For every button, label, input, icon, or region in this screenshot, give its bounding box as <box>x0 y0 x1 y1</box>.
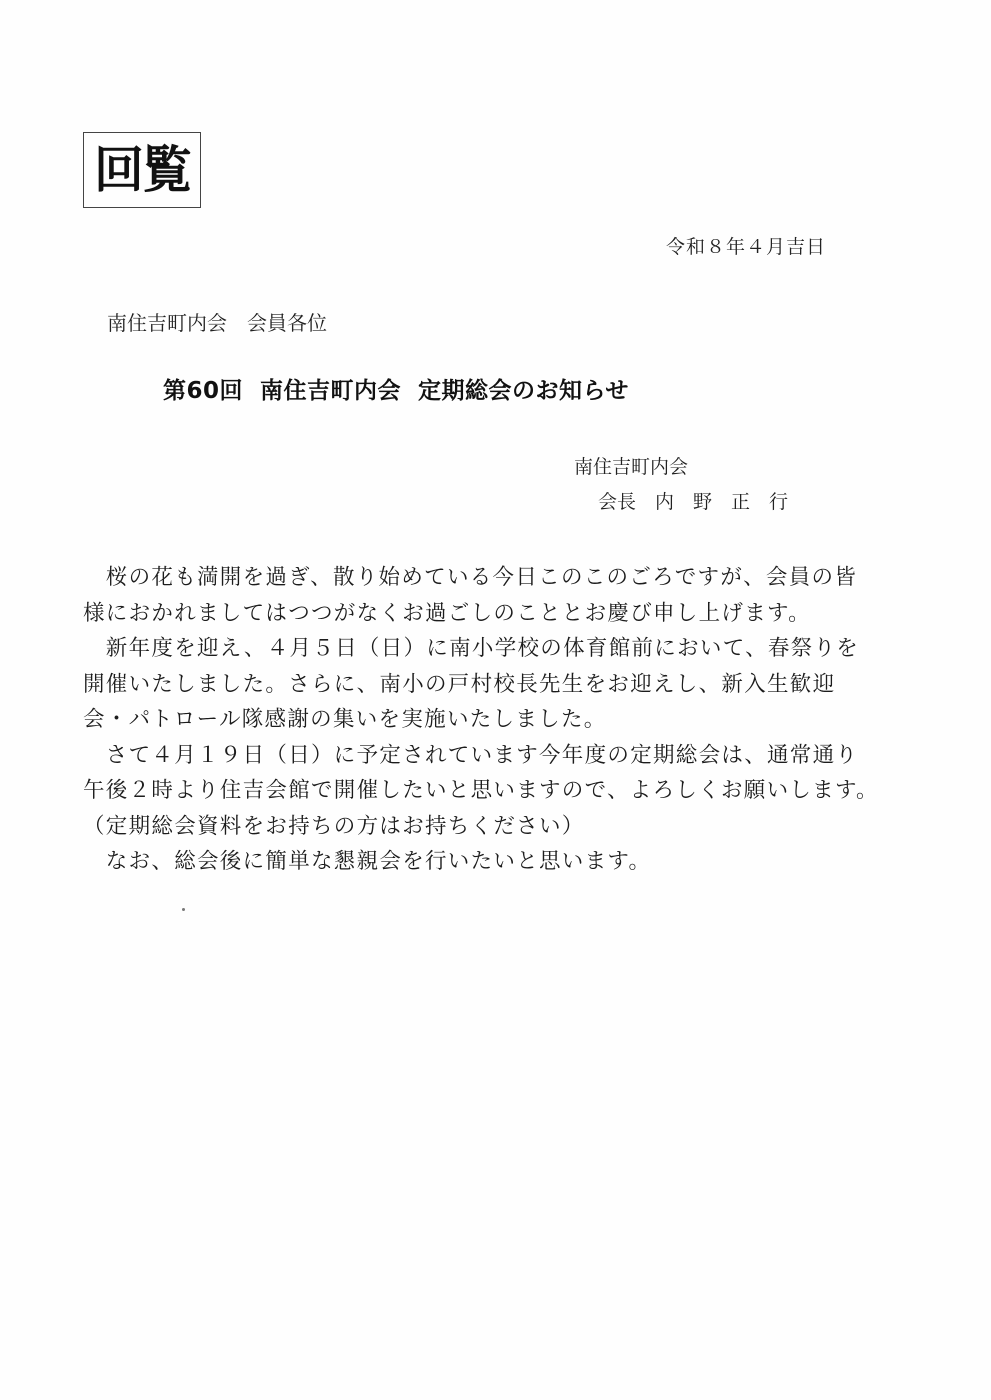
circulation-stamp: 回覧 <box>83 132 201 208</box>
document-title: 第60回 南住吉町内会 定期総会のお知らせ <box>163 372 629 405</box>
scan-speck <box>182 908 185 911</box>
body-line: 会・パトロール隊感謝の集いを実施いたしました。 <box>83 702 913 738</box>
body-text: 桜の花も満開を過ぎ、散り始めている今日このこのごろですが、会員の皆 様におかれま… <box>83 560 913 880</box>
sender-block: 南住吉町内会 会長 内 野 正 行 <box>574 450 788 520</box>
body-line: さて４月１９日（日）に予定されています今年度の定期総会は、通常通り <box>83 738 913 774</box>
body-line: （定期総会資料をお持ちの方はお持ちください） <box>83 809 913 845</box>
body-line: 桜の花も満開を過ぎ、散り始めている今日このこのごろですが、会員の皆 <box>83 560 913 596</box>
document-page: 回覧 令和８年４月吉日 南住吉町内会 会員各位 第60回 南住吉町内会 定期総会… <box>0 0 991 1400</box>
body-line: 様におかれましてはつつがなくお過ごしのこととお慶び申し上げます。 <box>83 596 913 632</box>
addressee: 南住吉町内会 会員各位 <box>107 307 327 336</box>
body-line: 新年度を迎え、４月５日（日）に南小学校の体育館前において、春祭りを <box>83 631 913 667</box>
body-line: なお、総会後に簡単な懇親会を行いたいと思います。 <box>83 844 913 880</box>
sender-organization: 南住吉町内会 <box>574 450 788 485</box>
body-line: 午後２時より住吉会館で開催したいと思いますので、よろしくお願いします。 <box>83 773 913 809</box>
body-line: 開催いたしました。さらに、南小の戸村校長先生をお迎えし、新入生歓迎 <box>83 667 913 703</box>
sender-representative: 会長 内 野 正 行 <box>574 485 788 520</box>
issue-date: 令和８年４月吉日 <box>666 232 826 259</box>
